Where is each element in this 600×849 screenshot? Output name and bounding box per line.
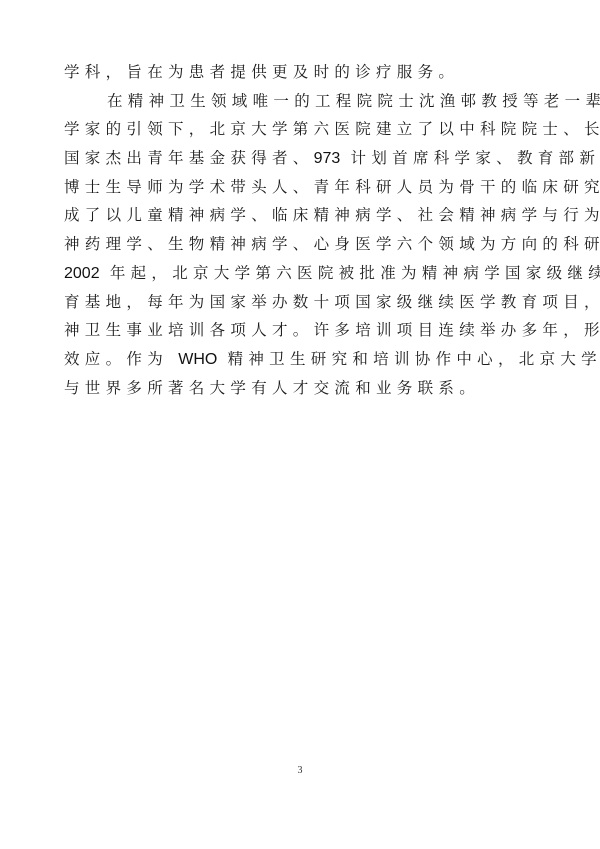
text-line: 2002 年起，北京大学第六医院被批准为精神病学国家级继续医学教 <box>64 259 540 288</box>
text-run: 学家的引领下，北京大学第六医院建立了以中科院院士、长江学者、 <box>64 120 600 138</box>
text-run: 精神卫生研究和培训协作中心，北京大学第六医院 <box>217 350 600 368</box>
text-run: 计划首席科学家、教育部新世纪人才、 <box>340 149 600 167</box>
document-page: 学科，旨在为患者提供更及时的诊疗服务。 在精神卫生领域唯一的工程院院士沈渔邨教授… <box>0 0 600 849</box>
text-run: 博士生导师为学术带头人、青年科研人员为骨干的临床研究梯队，形 <box>64 178 600 196</box>
text-run: 育基地，每年为国家举办数十项国家级继续医学教育项目，为全国精 <box>64 293 600 311</box>
text-run: 在精神卫生领域唯一的工程院院士沈渔邨教授等老一辈精神病 <box>107 92 600 110</box>
text-run: 学科，旨在为患者提供更及时的诊疗服务。 <box>64 63 459 81</box>
text-line-paragraph-start: 在精神卫生领域唯一的工程院院士沈渔邨教授等老一辈精神病 <box>64 87 540 116</box>
text-line: 效应。作为 WHO 精神卫生研究和培训协作中心，北京大学第六医院 <box>64 345 540 374</box>
text-line: 学科，旨在为患者提供更及时的诊疗服务。 <box>64 58 540 87</box>
text-run: 年起，北京大学第六医院被批准为精神病学国家级继续医学教 <box>100 264 600 282</box>
text-run: 成了以儿童精神病学、临床精神病学、社会精神病学与行为医学、精 <box>64 206 600 224</box>
text-line: 神卫生事业培训各项人才。许多培训项目连续举办多年，形成了品牌 <box>64 316 540 345</box>
number-973: 973 <box>314 150 341 167</box>
text-run: 国家杰出青年基金获得者、 <box>64 149 314 167</box>
year-2002: 2002 <box>64 265 100 282</box>
body-text: 学科，旨在为患者提供更及时的诊疗服务。 在精神卫生领域唯一的工程院院士沈渔邨教授… <box>64 58 540 402</box>
text-line: 学家的引领下，北京大学第六医院建立了以中科院院士、长江学者、 <box>64 115 540 144</box>
text-line: 国家杰出青年基金获得者、973 计划首席科学家、教育部新世纪人才、 <box>64 144 540 173</box>
text-line: 博士生导师为学术带头人、青年科研人员为骨干的临床研究梯队，形 <box>64 173 540 202</box>
text-run: 神药理学、生物精神病学、心身医学六个领域为方向的科研团队。 <box>64 235 600 253</box>
text-line: 神药理学、生物精神病学、心身医学六个领域为方向的科研团队。 <box>64 230 540 259</box>
who-acronym: WHO <box>178 351 217 368</box>
text-line: 成了以儿童精神病学、临床精神病学、社会精神病学与行为医学、精 <box>64 201 540 230</box>
text-line: 育基地，每年为国家举办数十项国家级继续医学教育项目，为全国精 <box>64 288 540 317</box>
text-run: 效应。作为 <box>64 350 178 368</box>
text-run: 与世界多所著名大学有人才交流和业务联系。 <box>64 379 480 397</box>
page-number: 3 <box>0 765 600 776</box>
text-line: 与世界多所著名大学有人才交流和业务联系。 <box>64 374 540 403</box>
text-run: 神卫生事业培训各项人才。许多培训项目连续举办多年，形成了品牌 <box>64 321 600 339</box>
